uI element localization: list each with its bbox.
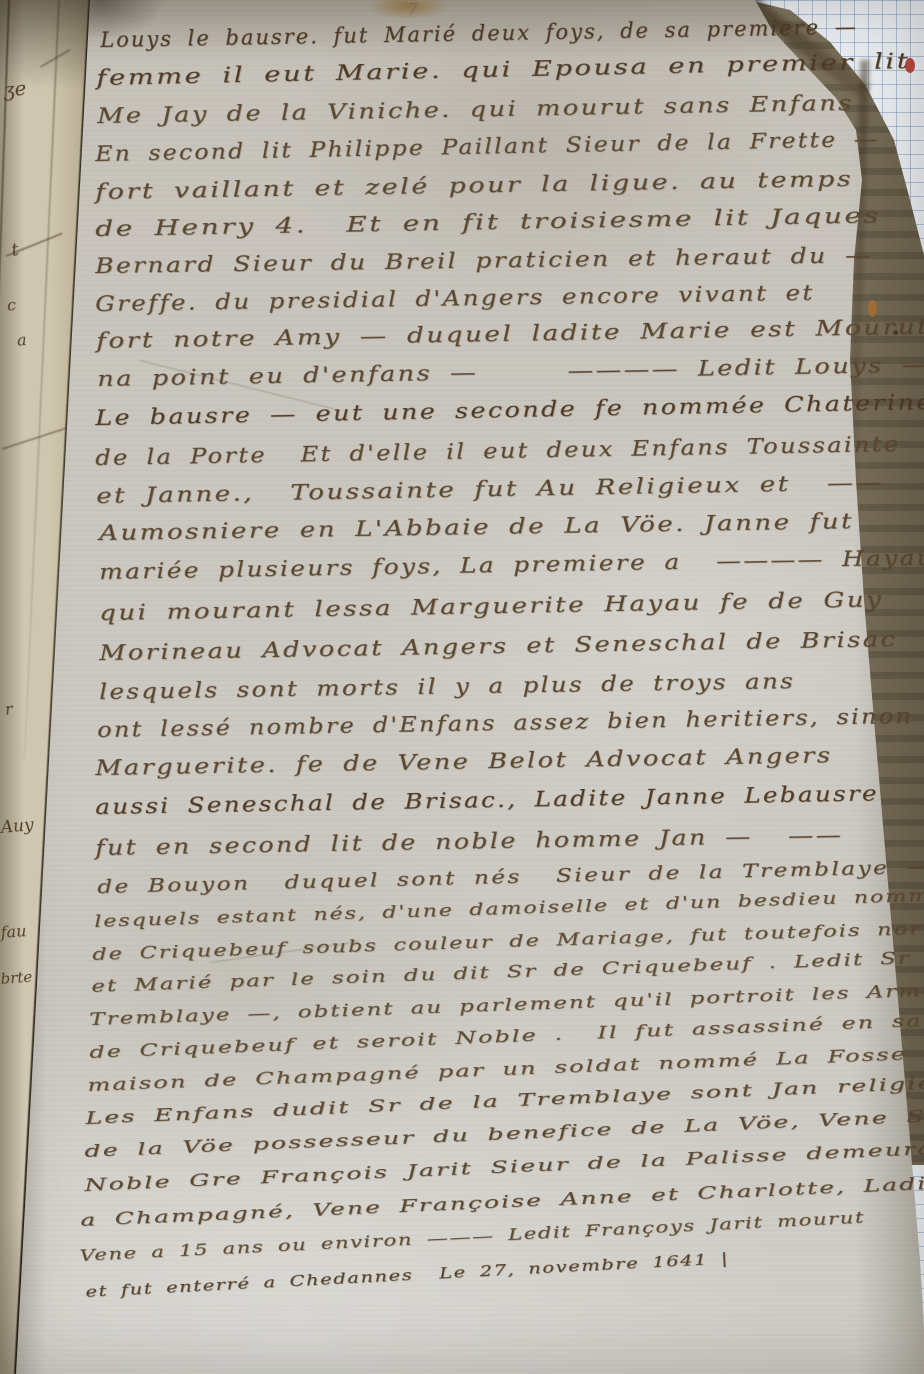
paper-fleck (868, 300, 877, 317)
paper-fleck (893, 330, 898, 335)
left-edge-ink-fragment: brte (0, 968, 33, 988)
left-edge-ink-fragment: c (6, 295, 17, 315)
left-edge-ink-fragment: r (4, 699, 14, 719)
paper-fleck (905, 58, 915, 73)
manuscript-photo: ʒetcarAuyfaubrte 7 Louys le bausre. fut … (0, 0, 924, 1374)
left-edge-ink-fragment: ʒe (2, 76, 28, 102)
left-edge-ink-fragment: Auy (0, 815, 34, 838)
left-edge-ink-fragment: a (16, 330, 27, 350)
page-fold-line (0, 0, 10, 900)
left-edge-ink-fragment: fau (0, 921, 27, 942)
